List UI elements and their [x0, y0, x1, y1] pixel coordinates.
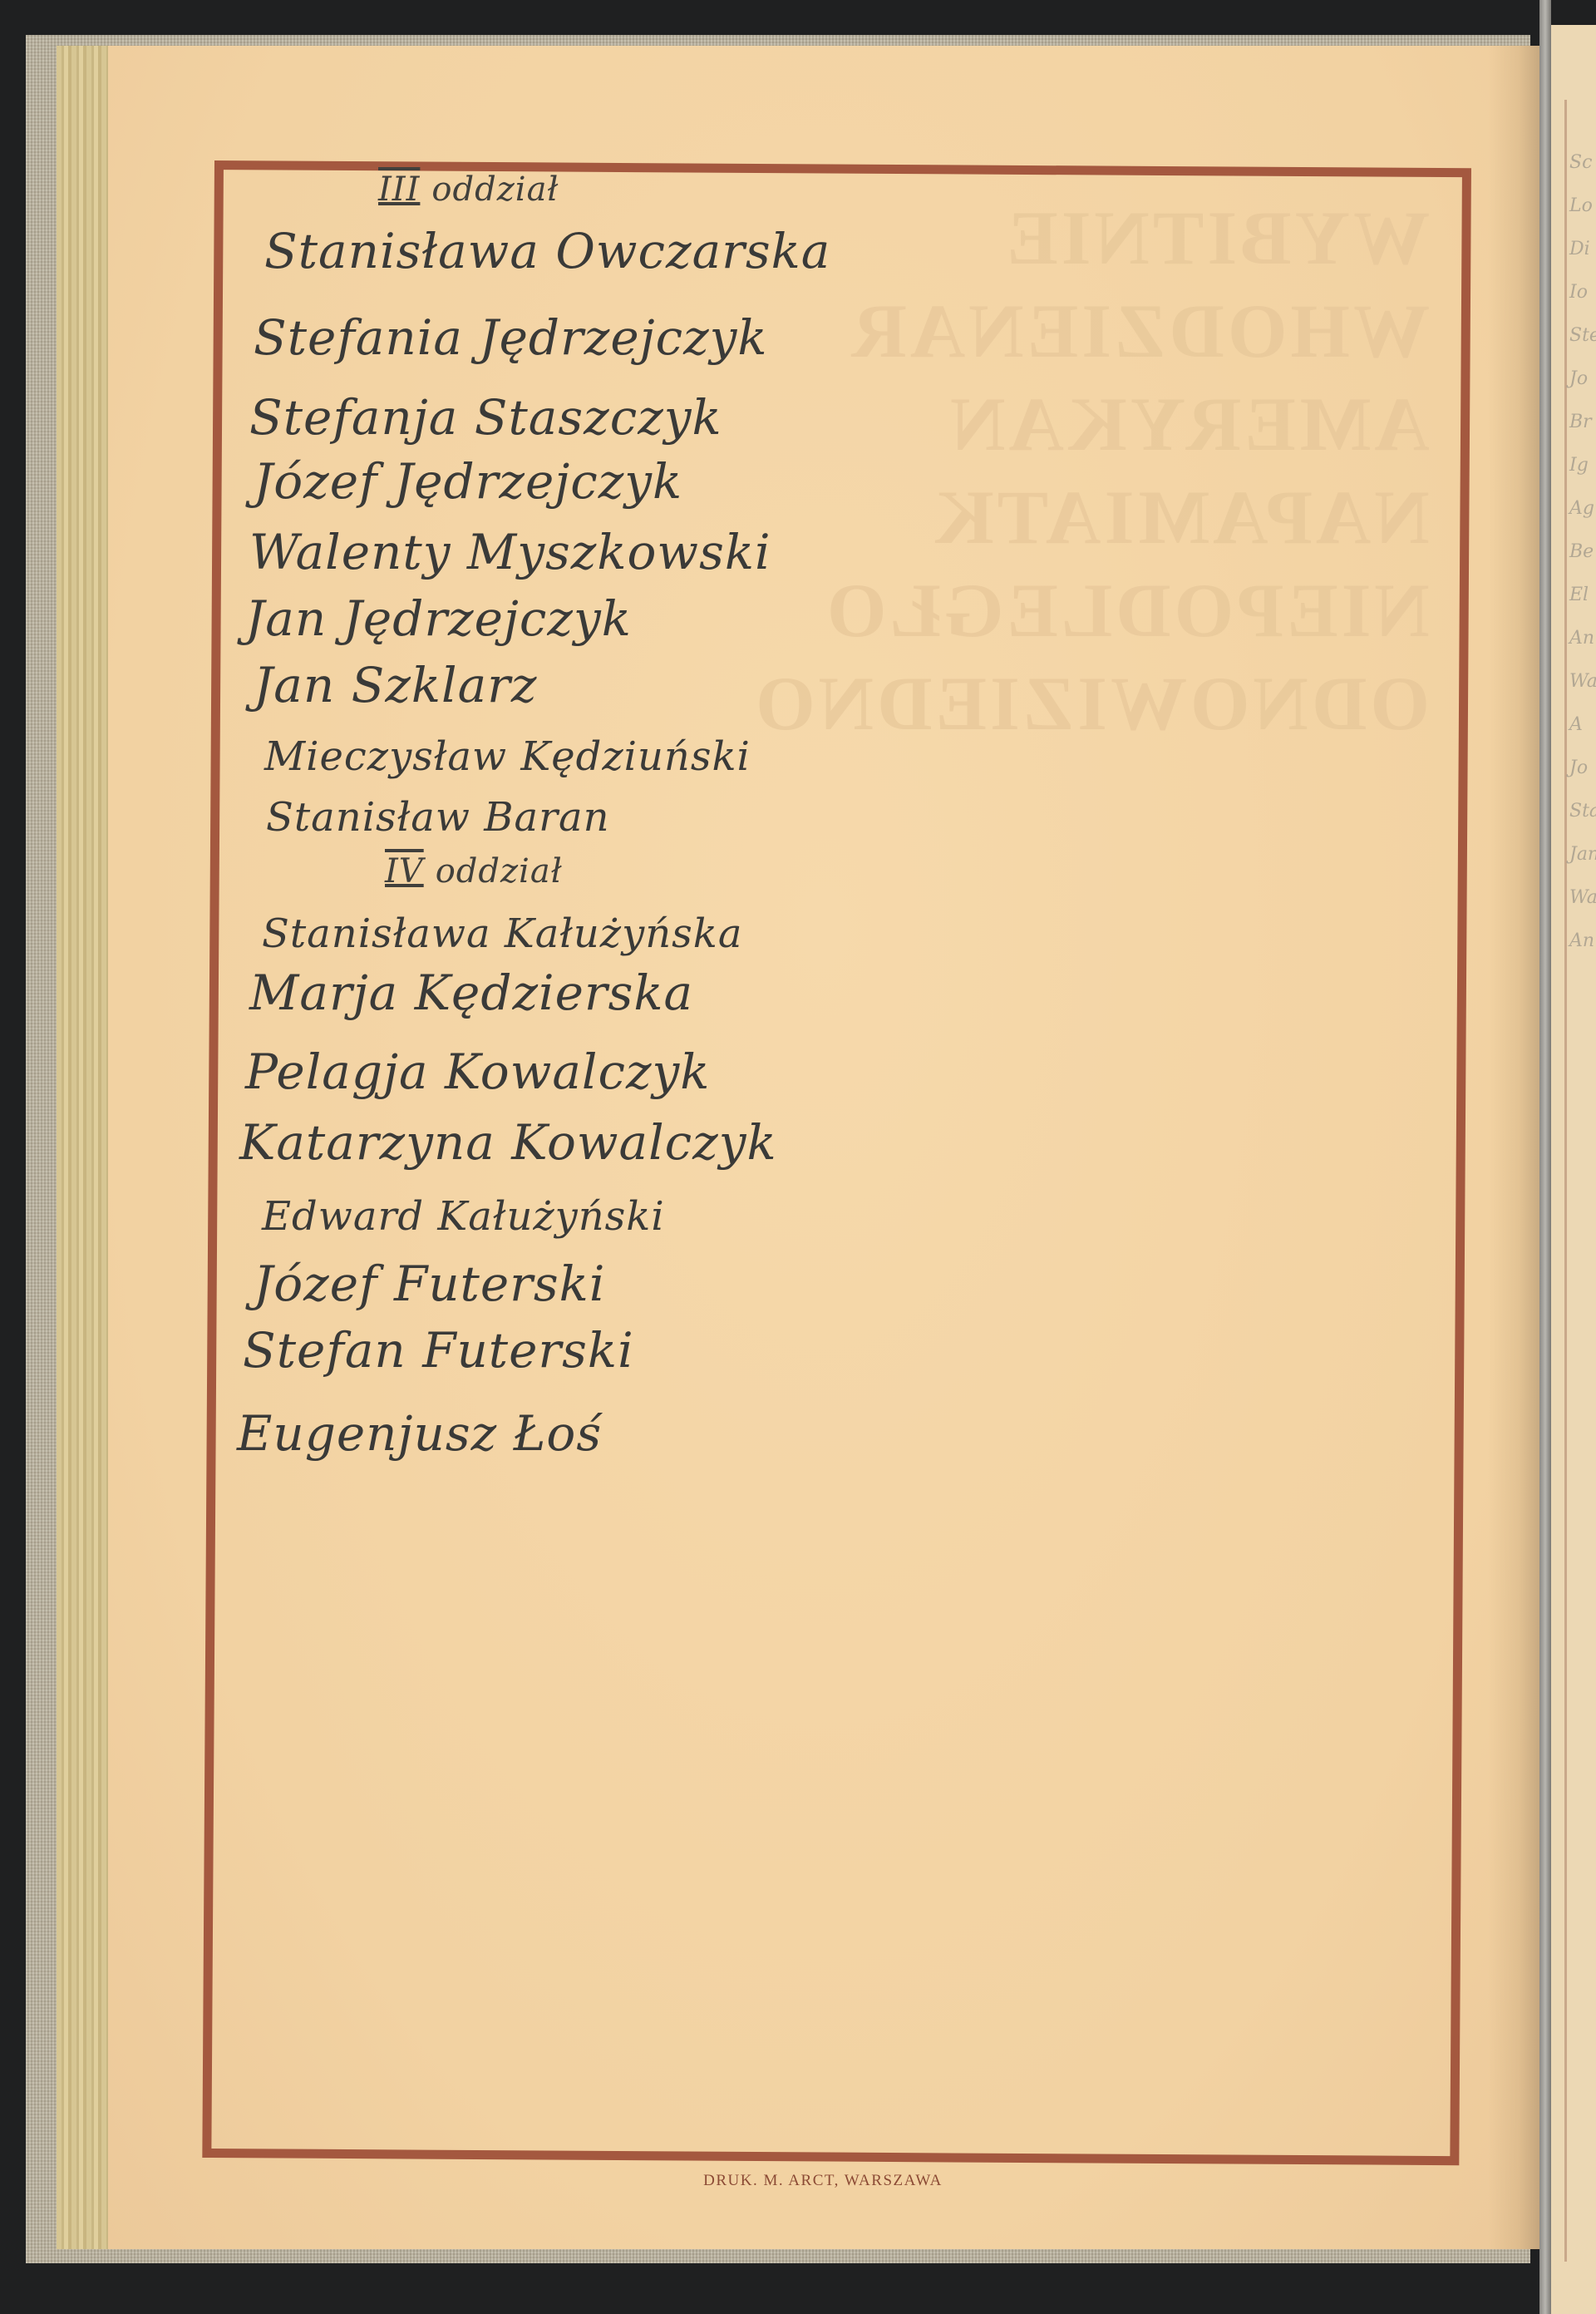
roster-name: Jan Jędrzejczyk	[245, 590, 632, 647]
roster-name: Stefan Futerski	[243, 1322, 634, 1379]
fragment: El	[1569, 574, 1596, 617]
roster-name: Stanisława Owczarska	[264, 223, 830, 279]
roster-name: Eugenjusz Łoś	[237, 1405, 602, 1462]
fragment: Jan	[1569, 833, 1596, 876]
roster-name: Katarzyna Kowalczyk	[239, 1114, 777, 1171]
section-heading-iv: IVoddział	[385, 852, 563, 891]
fragment: Ig	[1569, 444, 1596, 487]
fragment: Ste	[1569, 314, 1596, 358]
fragment: Jo	[1569, 747, 1596, 790]
printer-imprint: DRUK. M. ARCT, WARSZAWA	[0, 2172, 1596, 2190]
roster-name: Walenty Myszkowski	[249, 524, 771, 580]
fragment: Be	[1569, 530, 1596, 574]
roster-name: Stefanja Staszczyk	[249, 389, 722, 446]
adjacent-page-frame	[1564, 100, 1567, 2262]
roster-name: Pelagja Kowalczyk	[245, 1044, 710, 1100]
section-word: oddział	[436, 852, 563, 891]
section-numeral: IV	[385, 852, 424, 891]
fragment: Ag	[1569, 487, 1596, 530]
roster-name: Marja Kędzierska	[249, 965, 693, 1021]
roster-name: Józef Futerski	[254, 1256, 605, 1312]
fragment: Di	[1569, 228, 1596, 271]
fragment: Lo	[1569, 185, 1596, 228]
fragment: Br	[1569, 401, 1596, 444]
section-word: oddział	[431, 170, 559, 209]
roster-name: Józef Jędrzejczyk	[254, 453, 682, 510]
roster-name: Mieczysław Kędziuński	[264, 733, 751, 780]
fragment: Sc	[1569, 141, 1596, 185]
adjacent-page-edge: Sc Lo Di Io Ste Jo Br Ig Ag Be El An Wa …	[1551, 25, 1596, 2314]
fragment: Stan	[1569, 790, 1596, 833]
roster-name: Edward Kałużyński	[262, 1193, 665, 1240]
fragment: Jo	[1569, 358, 1596, 401]
section-heading-iii: IIIoddział	[378, 170, 559, 209]
fragment: Io	[1569, 271, 1596, 314]
section-numeral: III	[378, 170, 420, 209]
fragment: An	[1569, 920, 1596, 963]
adjacent-page-fragments: Sc Lo Di Io Ste Jo Br Ig Ag Be El An Wa …	[1569, 141, 1596, 963]
roster-name: Stanisław Baran	[266, 794, 610, 841]
fragment: Wa	[1569, 660, 1596, 703]
gutter-shadow	[1488, 46, 1539, 2249]
fragment: A	[1569, 703, 1596, 747]
fragment: Wa	[1569, 876, 1596, 920]
page-edges	[57, 46, 115, 2249]
roster-name: Stefania Jędrzejczyk	[254, 309, 768, 366]
roster-name: Jan Szklarz	[254, 657, 537, 713]
roster-name: Stanisława Kałużyńska	[262, 910, 742, 957]
spine-gap	[1539, 0, 1551, 2314]
fragment: An	[1569, 617, 1596, 660]
